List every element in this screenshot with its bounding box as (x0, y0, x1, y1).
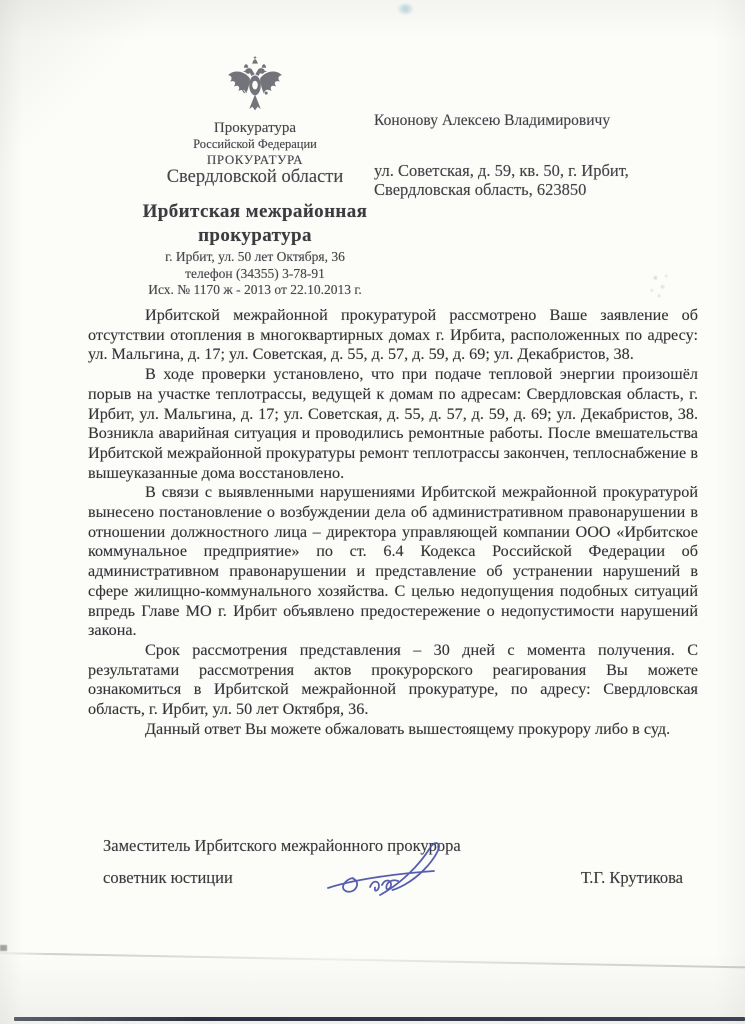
scanned-letter-page: Прокуратура Российской Федерации ПРОКУРА… (0, 0, 745, 1024)
letterhead: Прокуратура Российской Федерации ПРОКУРА… (90, 54, 420, 298)
body-paragraph: Данный ответ Вы можете обжаловать вышест… (88, 720, 698, 740)
scan-smudge-mark (641, 267, 677, 303)
body-paragraph: Ирбитской межрайонной прокуратурой рассм… (88, 306, 698, 365)
org-name-line4: Свердловской области (90, 167, 420, 188)
office-address: г. Ирбит, ул. 50 лет Октября, 36 (90, 250, 420, 265)
org-name-line3: ПРОКУРАТУРА (90, 152, 420, 167)
addressee-block: Кононову Алексею Владимировичу ул. Совет… (374, 112, 706, 199)
body-paragraph: В ходе проверки установлено, что при под… (88, 365, 698, 483)
outgoing-reference-number: Исх. № 1170 ж - 2013 от 22.10.2013 г. (90, 283, 420, 298)
org-name-line2: Российской Федерации (90, 137, 420, 152)
letter-body: Ирбитской межрайонной прокуратурой рассм… (88, 306, 698, 739)
org-name-line1: Прокуратура (90, 120, 420, 137)
signer-name: Т.Г. Крутикова (581, 868, 683, 888)
scan-ink-speck (398, 4, 413, 14)
addressee-address-line1: ул. Советская, д. 59, кв. 50, г. Ирбит, (374, 161, 706, 180)
addressee-address-line2: Свердловская область, 623850 (374, 180, 706, 199)
office-name-line2: прокуратура (90, 224, 420, 248)
paper-crease-line (0, 952, 745, 968)
office-name-line1: Ирбитская межрайонная (90, 200, 420, 224)
handwritten-signature-icon (322, 836, 477, 908)
office-phone: телефон (34355) 3-78-91 (90, 267, 420, 282)
body-paragraph: В связи с выявленными нарушениями Ирбитс… (88, 483, 698, 641)
paper-edge-notch (0, 945, 7, 951)
office-name: Ирбитская межрайонная прокуратура (90, 200, 420, 248)
body-paragraph: Срок рассмотрения представления – 30 дне… (88, 641, 698, 720)
signer-rank: советник юстиции (103, 868, 233, 888)
addressee-name: Кононову Алексею Владимировичу (374, 112, 706, 130)
scanner-edge-strip (14, 1017, 745, 1021)
coat-of-arms-icon (222, 54, 288, 118)
